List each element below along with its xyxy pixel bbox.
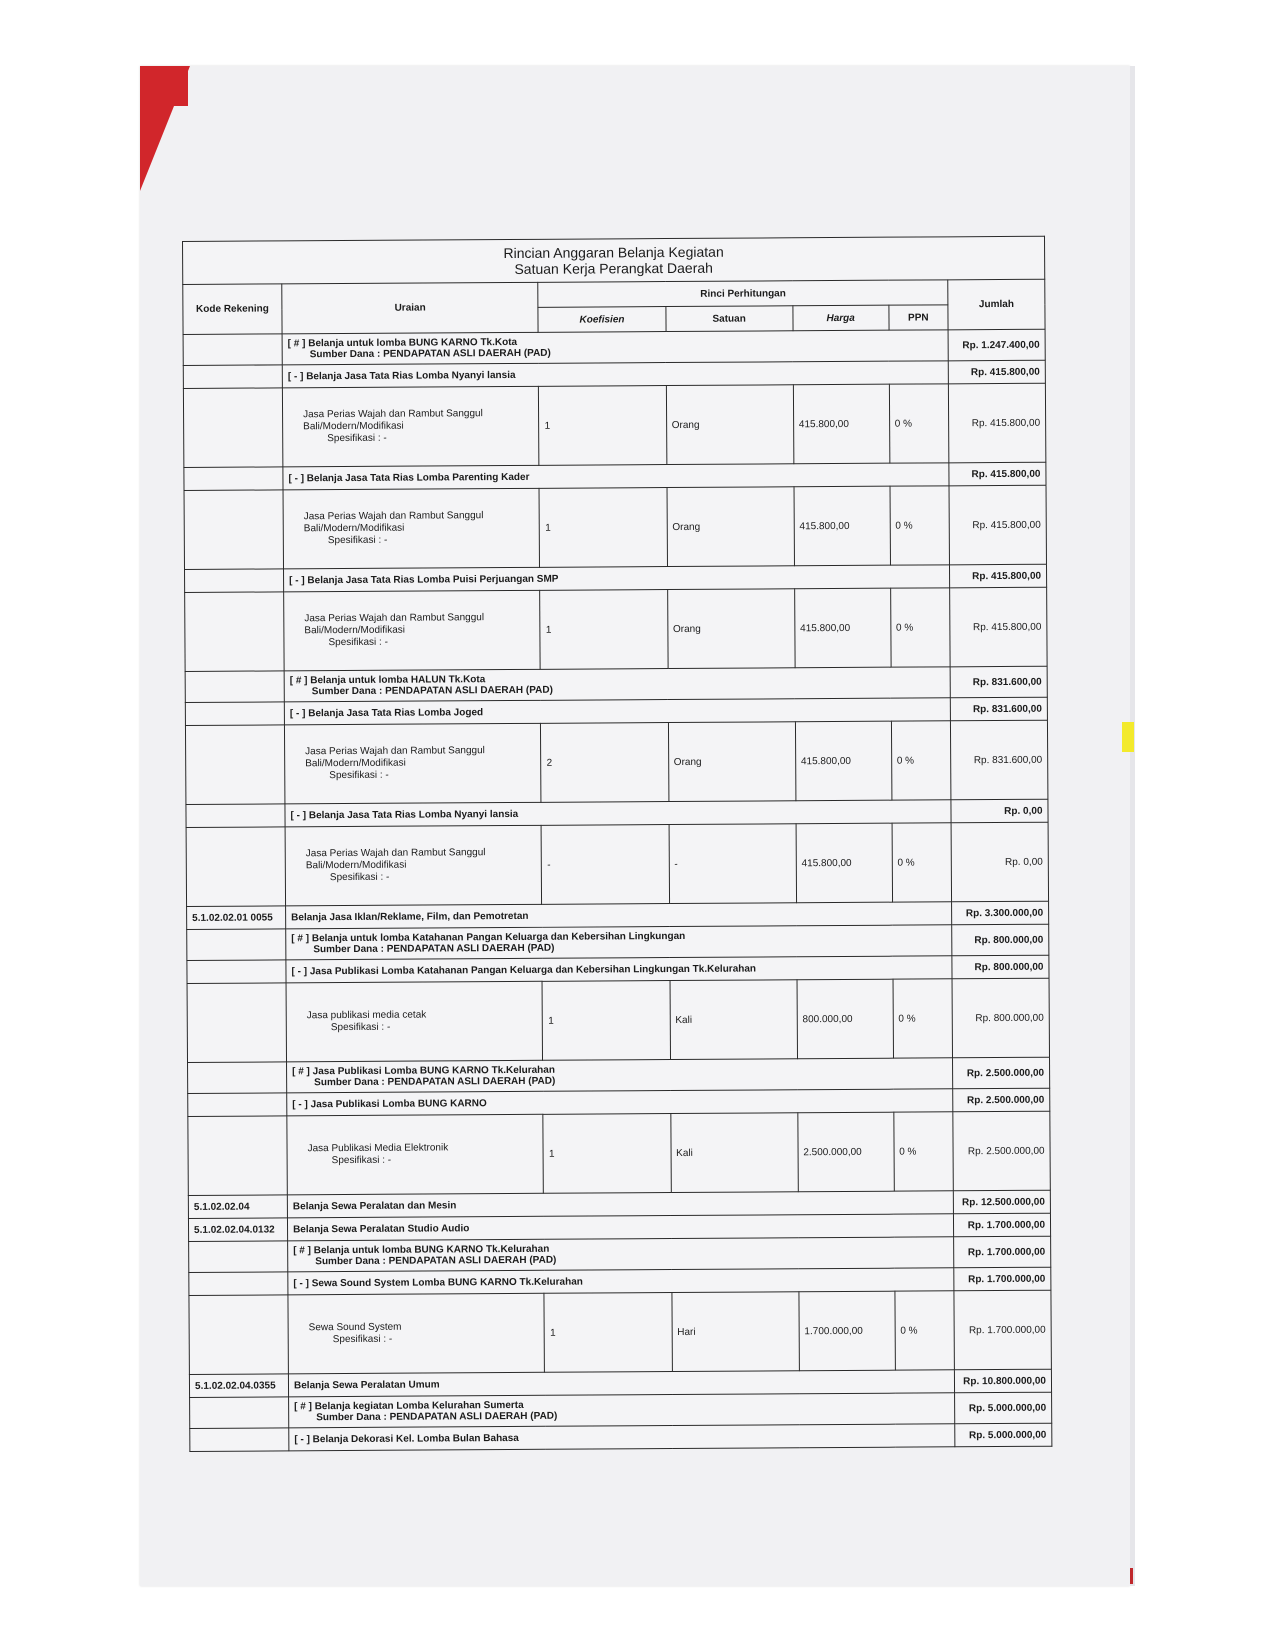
jumlah-cell: Rp. 831.600,00 [950, 720, 1047, 800]
kode-cell [185, 725, 284, 805]
harga-cell: 1.700.000,00 [799, 1291, 895, 1371]
header-kode-rekening: Kode Rekening [183, 284, 282, 335]
table-row-item: Jasa Perias Wajah dan Rambut Sanggul Bal… [185, 720, 1047, 804]
ppn-cell: 0 % [893, 1112, 953, 1191]
item-description: Jasa Publikasi Media Elektronik [308, 1142, 449, 1154]
item-description: Jasa publikasi media cetak [307, 1010, 427, 1022]
harga-cell: 415.800,00 [796, 823, 892, 903]
satuan-cell: Hari [672, 1292, 800, 1372]
kode-cell [183, 334, 282, 366]
jumlah-cell: Rp. 415.800,00 [948, 360, 1045, 384]
kode-cell [188, 1093, 287, 1117]
jumlah-cell: Rp. 5.000.000,00 [955, 1392, 1052, 1424]
table-body: [ # ] Belanja untuk lomba BUNG KARNO Tk.… [183, 329, 1052, 1451]
table-row-item: Jasa Perias Wajah dan Rambut Sanggul Bal… [184, 485, 1046, 569]
item-specification: Spesifikasi : - [304, 534, 534, 547]
table-row-item: Sewa Sound SystemSpesifikasi : -1Hari1.7… [189, 1290, 1051, 1374]
uraian-cell: [ - ] Belanja Dekorasi Kel. Lomba Bulan … [289, 1424, 955, 1451]
koefisien-cell: 1 [544, 1293, 672, 1373]
koefisien-cell: 1 [543, 1114, 671, 1194]
koefisien-cell: 1 [540, 590, 668, 670]
jumlah-cell: Rp. 12.500.000,00 [953, 1190, 1050, 1214]
kode-cell: 5.1.02.02.01 0055 [187, 906, 286, 930]
uraian-cell: Jasa Perias Wajah dan Rambut Sanggul Bal… [282, 386, 539, 467]
kode-cell [190, 1397, 289, 1429]
kode-cell [186, 827, 285, 907]
header-koefisien: Koefisien [538, 307, 665, 333]
uraian-cell: Jasa Perias Wajah dan Rambut Sanggul Bal… [284, 723, 541, 804]
item-specification: Spesifikasi : - [305, 769, 535, 782]
budget-document: Rincian Anggaran Belanja Kegiatan Satuan… [182, 236, 1052, 1452]
document-title: Rincian Anggaran Belanja Kegiatan Satuan… [183, 236, 1045, 284]
jumlah-cell: Rp. 0,00 [951, 822, 1048, 902]
header-jumlah: Jumlah [948, 279, 1045, 330]
table-row-item: Jasa Perias Wajah dan Rambut Sanggul Bal… [183, 383, 1045, 467]
kode-cell [188, 1062, 287, 1094]
jumlah-cell: Rp. 2.500.000,00 [953, 1111, 1050, 1191]
kode-cell [190, 1428, 289, 1452]
header-harga: Harga [793, 305, 889, 331]
paper-stack-edge [1130, 66, 1135, 1586]
jumlah-cell: Rp. 800.000,00 [952, 924, 1049, 956]
kode-cell [185, 702, 284, 726]
jumlah-cell: Rp. 2.500.000,00 [953, 1088, 1050, 1112]
item-specification: Spesifikasi : - [304, 636, 534, 649]
kode-cell [188, 1116, 287, 1196]
yellow-sticky-tab [1122, 722, 1134, 752]
koefisien-cell: 1 [542, 981, 670, 1061]
kode-cell: 5.1.02.02.04.0132 [188, 1218, 287, 1242]
item-description: Jasa Perias Wajah dan Rambut Sanggul Bal… [306, 847, 486, 871]
item-description: Jasa Perias Wajah dan Rambut Sanggul Bal… [304, 510, 484, 534]
jumlah-cell: Rp. 1.247.400,00 [948, 329, 1045, 361]
jumlah-cell: Rp. 1.700.000,00 [954, 1267, 1051, 1291]
koefisien-cell: 1 [539, 386, 667, 466]
jumlah-cell: Rp. 3.300.000,00 [952, 901, 1049, 925]
kode-cell [186, 804, 285, 828]
budget-table: Rincian Anggaran Belanja Kegiatan Satuan… [182, 236, 1052, 1452]
satuan-cell: Orang [668, 722, 796, 802]
koefisien-cell: 2 [541, 723, 669, 803]
kode-cell [184, 490, 283, 570]
harga-cell: 415.800,00 [794, 486, 890, 566]
uraian-cell: [ # ] Belanja untuk lomba BUNG KARNO Tk.… [288, 1237, 954, 1272]
ppn-cell: 0 % [889, 384, 949, 463]
uraian-cell: [ # ] Belanja untuk lomba Katahanan Pang… [286, 925, 952, 960]
ppn-cell: 0 % [893, 979, 953, 1058]
header-ppn: PPN [889, 305, 949, 330]
jumlah-cell: Rp. 800.000,00 [952, 955, 1049, 979]
harga-cell: 415.800,00 [793, 384, 889, 464]
harga-cell: 415.800,00 [794, 588, 890, 668]
kode-cell [185, 569, 284, 593]
kode-cell [187, 960, 286, 984]
kode-cell [185, 671, 284, 703]
uraian-cell: [ # ] Belanja kegiatan Lomba Kelurahan S… [289, 1393, 955, 1428]
item-description: Jasa Perias Wajah dan Rambut Sanggul Bal… [303, 408, 483, 432]
item-description: Jasa Perias Wajah dan Rambut Sanggul Bal… [304, 612, 484, 636]
kode-cell [185, 592, 284, 672]
harga-cell: 2.500.000,00 [798, 1112, 894, 1192]
table-row-item: Jasa Perias Wajah dan Rambut Sanggul Bal… [185, 587, 1047, 671]
red-folder-strip [140, 66, 188, 106]
satuan-cell: Orang [667, 589, 795, 669]
table-row-item: Jasa Publikasi Media ElektronikSpesifika… [188, 1111, 1050, 1195]
jumlah-cell: Rp. 1.700.000,00 [954, 1236, 1051, 1268]
jumlah-cell: Rp. 415.800,00 [948, 383, 1045, 463]
ppn-cell: 0 % [892, 823, 952, 902]
koefisien-cell: - [541, 825, 669, 905]
satuan-cell: Orang [667, 487, 795, 567]
item-specification: Spesifikasi : - [306, 871, 536, 884]
uraian-cell: Sewa Sound SystemSpesifikasi : - [288, 1293, 545, 1374]
uraian-cell: Jasa publikasi media cetakSpesifikasi : … [286, 981, 543, 1062]
kode-cell: 5.1.02.02.04.0355 [189, 1374, 288, 1398]
kode-cell: 5.1.02.02.04 [188, 1195, 287, 1219]
jumlah-cell: Rp. 415.800,00 [950, 564, 1047, 588]
jumlah-cell: Rp. 800.000,00 [952, 978, 1049, 1058]
jumlah-cell: Rp. 1.700.000,00 [954, 1290, 1051, 1370]
jumlah-cell: Rp. 415.800,00 [950, 587, 1047, 667]
ppn-cell: 0 % [890, 588, 950, 667]
satuan-cell: - [669, 824, 797, 904]
kode-cell [183, 365, 282, 389]
uraian-cell: Jasa Perias Wajah dan Rambut Sanggul Bal… [285, 825, 542, 906]
uraian-cell: [ # ] Belanja untuk lomba BUNG KARNO Tk.… [282, 330, 948, 365]
kode-cell [184, 467, 283, 491]
harga-cell: 800.000,00 [797, 979, 893, 1059]
item-description: Sewa Sound System [309, 1322, 402, 1334]
jumlah-cell: Rp. 415.800,00 [949, 485, 1046, 565]
jumlah-cell: Rp. 415.800,00 [949, 462, 1046, 486]
table-row-item: Jasa publikasi media cetakSpesifikasi : … [187, 978, 1049, 1062]
satuan-cell: Kali [670, 980, 798, 1060]
harga-cell: 415.800,00 [795, 721, 891, 801]
item-specification: Spesifikasi : - [303, 432, 533, 445]
uraian-cell: [ # ] Belanja untuk lomba HALUN Tk.KotaS… [284, 667, 950, 702]
koefisien-cell: 1 [539, 488, 667, 568]
satuan-cell: Orang [666, 385, 794, 465]
uraian-cell: [ # ] Jasa Publikasi Lomba BUNG KARNO Tk… [287, 1058, 953, 1093]
header-uraian: Uraian [282, 282, 539, 334]
jumlah-cell: Rp. 0,00 [951, 799, 1048, 823]
header-rinci-perhitungan: Rinci Perhitungan [538, 280, 948, 308]
item-specification: Spesifikasi : - [308, 1154, 538, 1167]
table-row-item: Jasa Perias Wajah dan Rambut Sanggul Bal… [186, 822, 1048, 906]
jumlah-cell: Rp. 831.600,00 [950, 697, 1047, 721]
jumlah-cell: Rp. 831.600,00 [950, 666, 1047, 698]
kode-cell [189, 1295, 288, 1375]
table-row-sub: [ - ] Belanja Dekorasi Kel. Lomba Bulan … [190, 1423, 1052, 1451]
item-specification: Spesifikasi : - [307, 1021, 537, 1034]
jumlah-cell: Rp. 10.800.000,00 [954, 1369, 1051, 1393]
kode-cell [187, 983, 286, 1063]
kode-cell [189, 1241, 288, 1273]
item-specification: Spesifikasi : - [309, 1333, 539, 1346]
kode-cell [189, 1272, 288, 1296]
item-description: Jasa Perias Wajah dan Rambut Sanggul Bal… [305, 745, 485, 769]
uraian-cell: Jasa Publikasi Media ElektronikSpesifika… [287, 1114, 544, 1195]
red-folder-bottom [1130, 1568, 1133, 1584]
kode-cell [183, 388, 282, 468]
header-satuan: Satuan [665, 306, 792, 332]
ppn-cell: 0 % [895, 1291, 955, 1370]
jumlah-cell: Rp. 2.500.000,00 [953, 1057, 1050, 1089]
jumlah-cell: Rp. 5.000.000,00 [955, 1423, 1052, 1447]
satuan-cell: Kali [670, 1113, 798, 1193]
uraian-cell: Jasa Perias Wajah dan Rambut Sanggul Bal… [284, 590, 541, 671]
jumlah-cell: Rp. 1.700.000,00 [953, 1213, 1050, 1237]
ppn-cell: 0 % [890, 486, 950, 565]
uraian-cell: Jasa Perias Wajah dan Rambut Sanggul Bal… [283, 488, 540, 569]
ppn-cell: 0 % [891, 721, 951, 800]
kode-cell [187, 929, 286, 961]
